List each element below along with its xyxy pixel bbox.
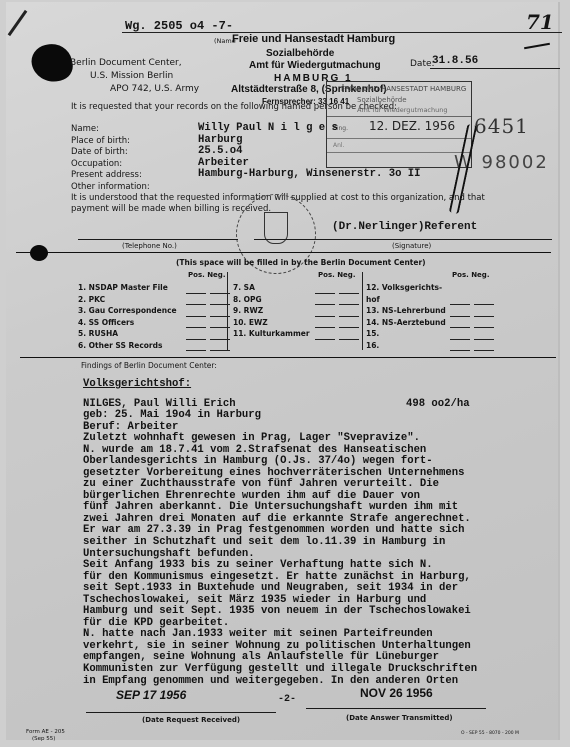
pos-neg-blank[interactable] [339,285,359,294]
date-received-stamp: SEP 17 1956 [116,688,186,702]
bdc-section-title: (This space will be filled in by the Ber… [176,258,426,267]
pos-neg-blank[interactable] [474,331,494,340]
checklist-item-label: 10. EWZ [233,317,315,329]
pos-neg-blank[interactable] [186,342,206,351]
page-mark: 71 [526,10,554,34]
form-id-line-1: Form AE - 205 [26,729,65,735]
pos-neg-blank[interactable] [315,319,335,328]
findings-file-ref: 498 oo2/ha [406,398,470,410]
pos-neg-blank[interactable] [315,308,335,317]
findings-body: geb: 25. Mai 19o4 in HarburgBeruf: Arbei… [83,410,477,687]
pin-mark-icon [8,10,28,36]
signature-label: (Signature) [392,242,431,250]
field-label: Name: [71,124,99,134]
referent-name: (Dr.Nerlinger)Referent [332,221,477,233]
pos-neg-blank[interactable] [339,319,359,328]
field-label: Occupation: [71,159,122,169]
pos-neg-blank[interactable] [474,319,494,328]
checklist-column-1: 1. NSDAP Master File2. PKC3. Gau Corresp… [78,282,234,351]
pos-neg-blank[interactable] [450,308,470,317]
checklist-item: 1. NSDAP Master File [78,282,234,294]
recipient-line-2: U.S. Mission Berlin [90,71,173,81]
findings-line: seither in Schutzhaft und seit dem lo.11… [83,537,477,549]
print-code: O - SEP 55 - 8070 - 200 M [461,731,519,736]
checklist-item-label: 5. RUSHA [78,328,186,340]
pos-neg-blank[interactable] [315,331,335,340]
pos-neg-blank[interactable] [315,285,335,294]
recipient-line-1: Berlin Document Center, [70,58,182,68]
sender-stamp-line-2: Sozialbehörde [266,48,334,59]
recipient-line-3: APO 742, U.S. Army [110,84,199,94]
pos-neg-blank[interactable] [450,319,470,328]
punch-hole [30,245,48,261]
received-date: 12. DEZ. 1956 [369,119,455,133]
checklist-item-label: 3. Gau Correspondence [78,305,186,317]
checklist-item-label: 11. Kulturkammer [233,328,315,340]
findings-label: Findings of Berlin Document Center: [81,361,217,370]
pos-neg-blank[interactable] [186,319,206,328]
checklist-item-label: 1. NSDAP Master File [78,282,186,294]
pos-neg-blank[interactable] [339,331,359,340]
checklist-item: 15. [366,328,498,340]
received-stamp-line-3: Amt für Wiedergutmachung [357,106,447,114]
received-stamp-line-2: Sozialbehörde [357,96,407,104]
date-transmitted-stamp: NOV 26 1956 [360,686,433,700]
checklist-item: 2. PKC [78,294,234,306]
sender-stamp-line-3: Amt für Wiedergutmachung [249,60,381,71]
pos-neg-blank[interactable] [210,319,230,328]
pen-stroke [524,43,550,49]
date-rule [430,68,560,69]
findings-line: Kommunisten zur Verfügung gestellt und i… [83,664,477,676]
signature-rule [254,239,552,240]
checklist-item: 13. NS-Lehrerbund [366,305,498,317]
pos-neg-blank[interactable] [210,308,230,317]
pos-neg-header-1: Pos. Neg. [188,271,225,279]
field-value: Arbeiter [198,157,249,169]
findings-line: Zuletzt wohnhaft gewesen in Prag, Lager … [83,433,477,445]
form-id-line-2: (Sep 55) [32,736,55,742]
telephone-rule [78,239,238,240]
checklist-column-2: 7. SA8. OPG9. RWZ10. EWZ11. Kulturkammer [233,282,363,340]
checklist-item: 10. EWZ [233,317,363,329]
pos-neg-blank[interactable] [186,285,206,294]
document-page: Wg. 2505 o4 -7- 71 (Name Freie und Hanse… [6,2,558,740]
date-value: 31.8.56 [432,55,478,67]
pos-neg-blank[interactable] [210,296,230,305]
anl-label: Anl. [333,142,344,149]
pos-neg-blank[interactable] [186,308,206,317]
checklist-item: 11. Kulturkammer [233,328,363,340]
pos-neg-blank[interactable] [339,308,359,317]
checklist-item-label: 15. [366,328,450,340]
section-rule [16,252,551,253]
checklist-item: 14. NS-Aerztebund [366,317,498,329]
checklist-item: 3. Gau Correspondence [78,305,234,317]
page-number: -2- [278,694,296,705]
pos-neg-blank[interactable] [186,331,206,340]
pos-neg-blank[interactable] [450,296,470,305]
checklist-item: 16. [366,340,498,352]
checklist-item: 9. RWZ [233,305,363,317]
field-value: 25.5.o4 [198,145,243,157]
checklist-item: 7. SA [233,282,363,294]
file-number-a: 6451 [474,114,529,138]
date-transmitted-rule [306,708,486,709]
findings-rule [20,357,556,358]
field-label: Date of birth: [71,147,128,157]
pos-neg-blank[interactable] [474,308,494,317]
pos-neg-header-2: Pos. Neg. [318,271,355,279]
checklist-item: hof [366,294,498,306]
pos-neg-blank[interactable] [210,342,230,351]
checklist-item-label: 4. SS Officers [78,317,186,329]
field-value: Harburg [198,134,243,146]
pos-neg-header-3: Pos. Neg. [452,271,489,279]
stamp-divider [327,116,471,117]
field-label: Other information: [71,182,150,192]
sender-stamp-line-1: Freie und Hansestadt Hamburg [232,33,395,45]
pos-neg-blank[interactable] [210,331,230,340]
pos-neg-blank[interactable] [315,296,335,305]
checklist-item: 6. Other SS Records [78,340,234,352]
pos-neg-blank[interactable] [186,296,206,305]
field-value: Willy Paul N i l g e s [198,122,338,134]
checklist-item-label: hof [366,294,450,306]
stamp-divider [327,152,471,153]
pos-neg-blank[interactable] [339,296,359,305]
findings-heading: Volksgerichtshof: [83,378,191,390]
checklist-item-label: 16. [366,340,450,352]
checklist-item-label: 6. Other SS Records [78,340,186,352]
date-received-label: (Date Request Received) [142,716,240,724]
field-label: Present address: [71,170,142,180]
checklist-item-label: 12. Volksgerichts- [366,282,450,294]
checklist-column-3: 12. Volksgerichts-hof13. NS-Lehrerbund14… [366,282,498,351]
findings-line: geb: 25. Mai 19o4 in Harburg [83,410,477,422]
date-received-rule [86,712,276,713]
findings-line: Oberlandesgerichts in Hamburg (O.Js. 37/… [83,456,477,468]
pos-neg-blank[interactable] [474,296,494,305]
received-stamp-line-1: FREIE UND HANSESTADT HAMBURG [341,85,466,93]
checklist-item-label: 2. PKC [78,294,186,306]
checklist-item: 8. OPG [233,294,363,306]
field-value: Hamburg-Harburg, Winsenerstr. 3o II [198,168,421,180]
date-transmitted-label: (Date Answer Transmitted) [346,714,453,722]
telephone-label: (Telephone No.) [122,242,177,250]
checklist-item-label: 14. NS-Aerztebund [366,317,450,329]
pos-neg-blank[interactable] [450,342,470,351]
checklist-item-label: 13. NS-Lehrerbund [366,305,450,317]
findings-line: Seit Anfang 1933 bis zu seiner Verhaftun… [83,560,477,572]
reference-number: Wg. 2505 o4 -7- [125,19,233,33]
checklist-item-label: 8. OPG [233,294,315,306]
checklist-item: 4. SS Officers [78,317,234,329]
stamp-divider [327,138,471,139]
checklist-item-label: 7. SA [233,282,315,294]
pos-neg-blank[interactable] [450,331,470,340]
checklist-item: 5. RUSHA [78,328,234,340]
received-stamp: FREIE UND HANSESTADT HAMBURG Sozialbehör… [326,81,472,168]
pos-neg-blank[interactable] [210,285,230,294]
pos-neg-blank[interactable] [474,342,494,351]
ink-blot [28,40,75,85]
checklist-item-label: 9. RWZ [233,305,315,317]
checklist-item: 12. Volksgerichts- [366,282,498,294]
field-label: Place of birth: [71,136,130,146]
